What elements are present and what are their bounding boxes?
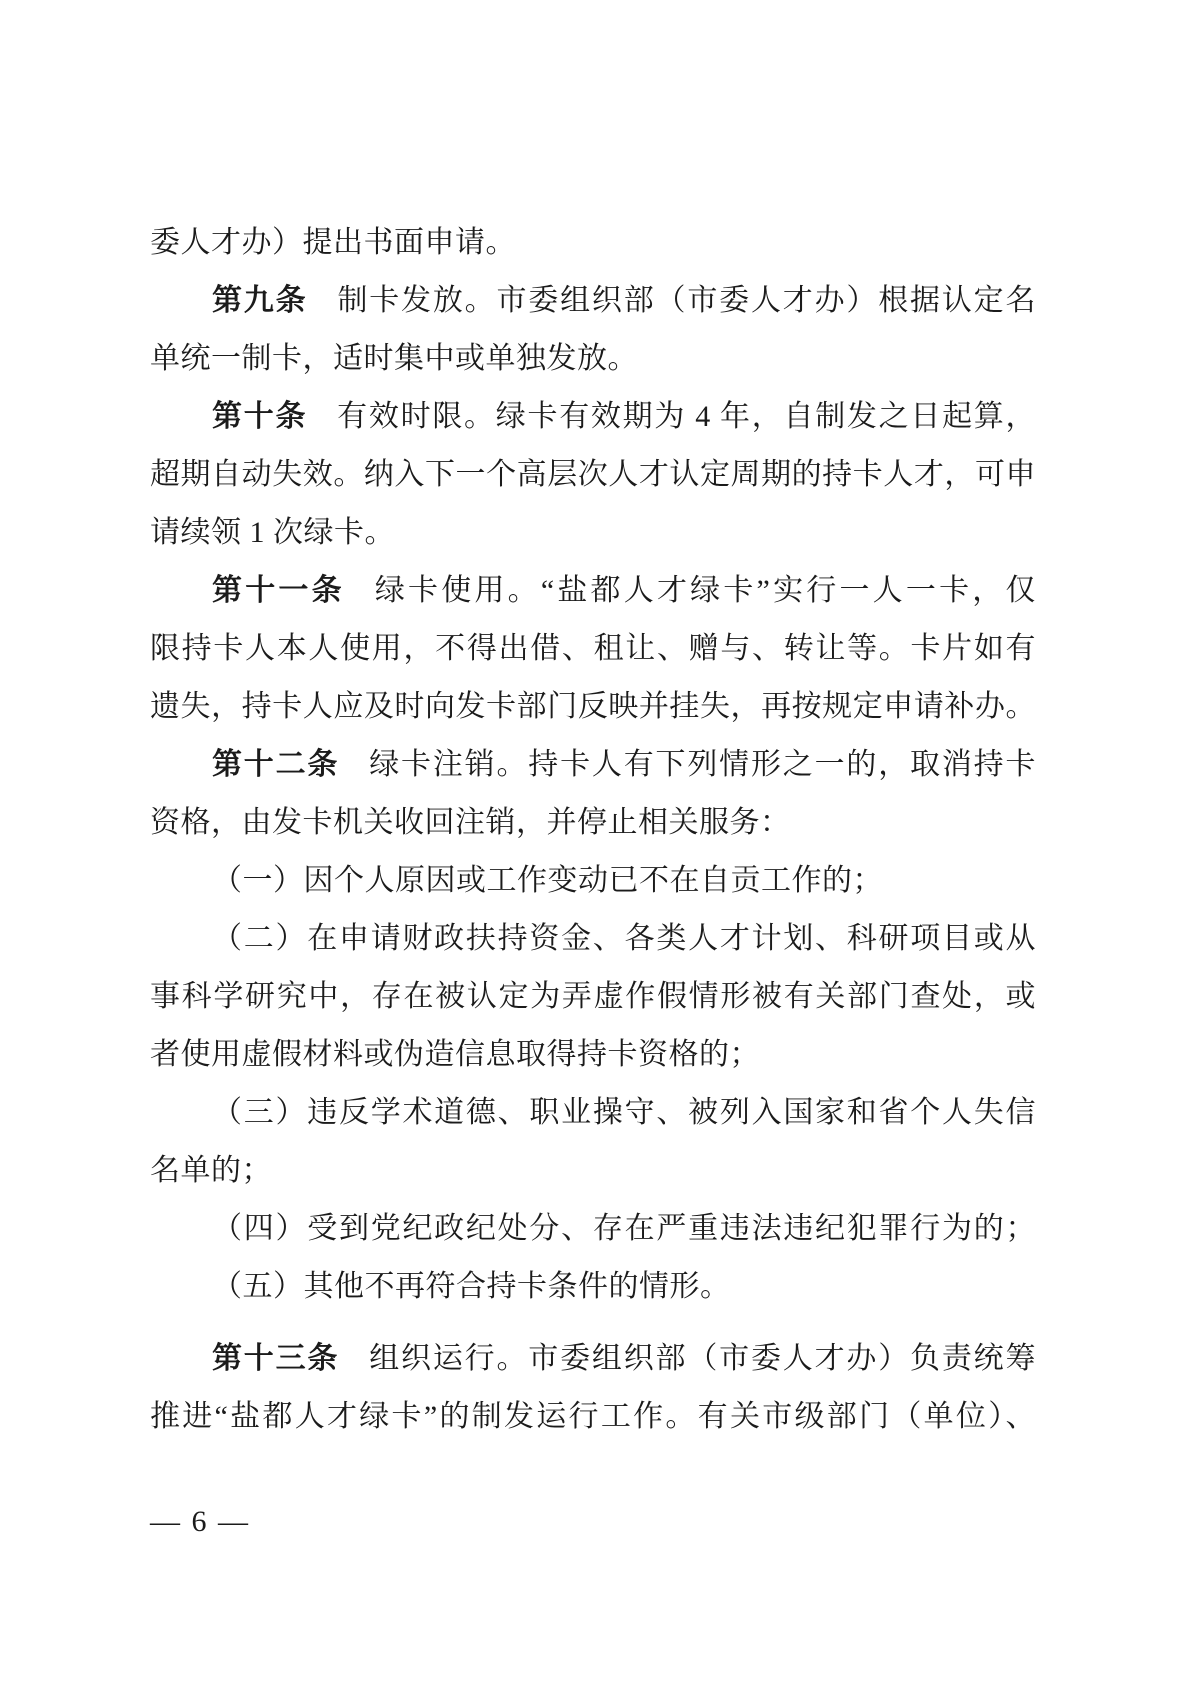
document-page: 委人才办）提出书面申请。 第九条制卡发放。市委组织部（市委人才办）根据认定名 单… [0, 0, 1190, 1682]
text-line: 第十一条绿卡使用。“盐都人才绿卡”实行一人一卡，仅 [150, 562, 1036, 620]
text-line: （一）因个人原因或工作变动已不在自贡工作的； [150, 852, 1036, 910]
line-text: 名单的； [150, 1154, 272, 1187]
line-text: 单统一制卡，适时集中或单独发放。 [150, 342, 638, 375]
line-text: （四）受到党纪政纪处分、存在严重违法违纪犯罪行为的； [212, 1212, 1036, 1245]
text-line: （五）其他不再符合持卡条件的情形。 [150, 1258, 1036, 1316]
line-text: 资格，由发卡机关收回注销，并停止相关服务： [150, 806, 791, 839]
line-text: （三）违反学术道德、职业操守、被列入国家和省个人失信 [212, 1096, 1036, 1129]
document-body: 委人才办）提出书面申请。 第九条制卡发放。市委组织部（市委人才办）根据认定名 单… [150, 214, 1036, 1446]
text-line: （二）在申请财政扶持资金、各类人才计划、科研项目或从 [150, 910, 1036, 968]
line-text: 推进“盐都人才绿卡”的制发运行工作。有关市级部门（单位）、 [150, 1400, 1036, 1433]
text-line: （三）违反学术道德、职业操守、被列入国家和省个人失信 [150, 1084, 1036, 1142]
text-line: 推进“盐都人才绿卡”的制发运行工作。有关市级部门（单位）、 [150, 1388, 1036, 1446]
text-line: 名单的； [150, 1142, 1036, 1200]
line-text: 制卡发放。市委组织部（市委人才办）根据认定名 [337, 284, 1036, 317]
line-text: （一）因个人原因或工作变动已不在自贡工作的； [212, 864, 883, 897]
line-text: 遗失，持卡人应及时向发卡部门反映并挂失，再按规定申请补办。 [150, 690, 1036, 723]
text-line: 遗失，持卡人应及时向发卡部门反映并挂失，再按规定申请补办。 [150, 678, 1036, 736]
line-text: （二）在申请财政扶持资金、各类人才计划、科研项目或从 [212, 922, 1036, 955]
line-text: 事科学研究中，存在被认定为弄虚作假情形被有关部门查处，或 [150, 980, 1036, 1013]
line-text: 限持卡人本人使用，不得出借、租让、赠与、转让等。卡片如有 [150, 632, 1036, 665]
text-line: 请续领 1 次绿卡。 [150, 504, 1036, 562]
text-line: 第十条有效时限。绿卡有效期为 4 年，自制发之日起算， [150, 388, 1036, 446]
text-line: 限持卡人本人使用，不得出借、租让、赠与、转让等。卡片如有 [150, 620, 1036, 678]
text-line: 资格，由发卡机关收回注销，并停止相关服务： [150, 794, 1036, 852]
article-number: 第十条 [212, 400, 307, 433]
line-text: 请续领 1 次绿卡。 [150, 516, 395, 549]
line-text: 组织运行。市委组织部（市委人才办）负责统筹 [369, 1342, 1036, 1375]
article-number: 第十二条 [212, 748, 339, 781]
page-number: — 6 — [150, 1493, 250, 1551]
text-line: 第十三条组织运行。市委组织部（市委人才办）负责统筹 [150, 1330, 1036, 1388]
line-text: 超期自动失效。纳入下一个高层次人才认定周期的持卡人才，可申 [150, 458, 1036, 491]
text-line: 超期自动失效。纳入下一个高层次人才认定周期的持卡人才，可申 [150, 446, 1036, 504]
line-text: 绿卡使用。“盐都人才绿卡”实行一人一卡，仅 [375, 574, 1036, 607]
text-line: 第十二条绿卡注销。持卡人有下列情形之一的，取消持卡 [150, 736, 1036, 794]
text-line: （四）受到党纪政纪处分、存在严重违法违纪犯罪行为的； [150, 1200, 1036, 1258]
text-line: 者使用虚假材料或伪造信息取得持卡资格的； [150, 1026, 1036, 1084]
text-line: 委人才办）提出书面申请。 [150, 214, 1036, 272]
line-text: 委人才办）提出书面申请。 [150, 226, 516, 259]
article-number: 第十三条 [212, 1342, 339, 1375]
line-text: 绿卡注销。持卡人有下列情形之一的，取消持卡 [369, 748, 1036, 781]
text-line: 事科学研究中，存在被认定为弄虚作假情形被有关部门查处，或 [150, 968, 1036, 1026]
line-text: （五）其他不再符合持卡条件的情形。 [212, 1270, 731, 1303]
line-text: 者使用虚假材料或伪造信息取得持卡资格的； [150, 1038, 760, 1071]
article-number: 第九条 [212, 284, 307, 317]
text-line: 第九条制卡发放。市委组织部（市委人才办）根据认定名 [150, 272, 1036, 330]
article-number: 第十一条 [212, 574, 345, 607]
text-line: 单统一制卡，适时集中或单独发放。 [150, 330, 1036, 388]
line-text: 有效时限。绿卡有效期为 4 年，自制发之日起算， [337, 400, 1036, 433]
